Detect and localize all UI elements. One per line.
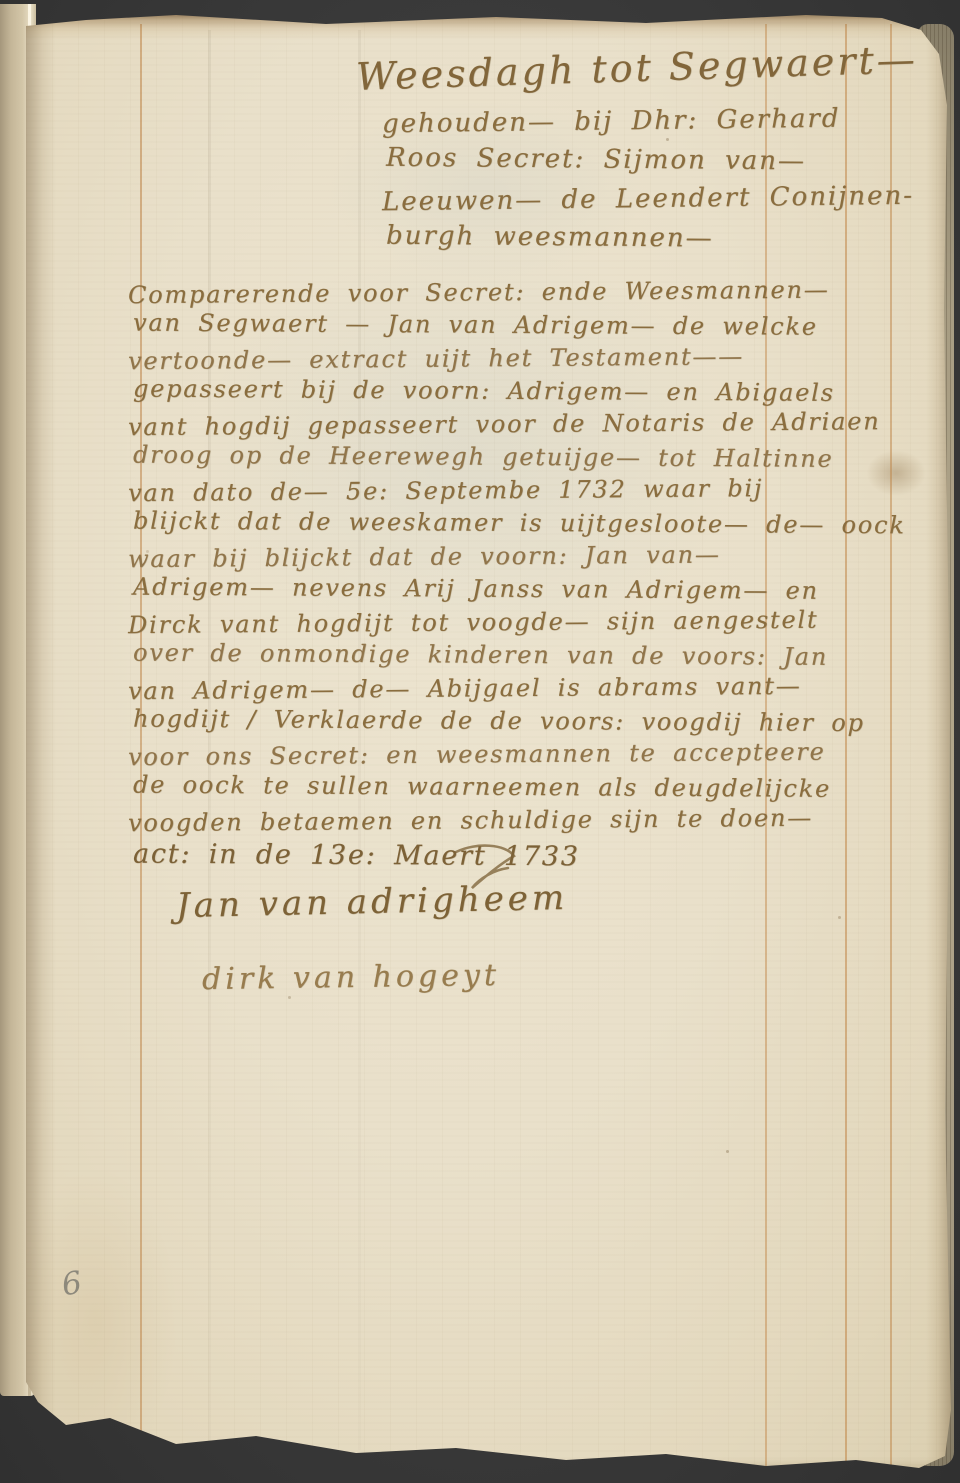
body-line: act: in de 13e: Maert 1733	[133, 838, 928, 876]
body-line: voogden betaemen en schuldige sijn te do…	[128, 801, 928, 840]
heading-title: Weesdagh tot Segwaert—	[355, 37, 918, 99]
body-text-block: Comparerende voor Secret: ende Weesmanne…	[128, 276, 928, 873]
heading-line: Leeuwen— de Leendert Conijnen-	[382, 177, 914, 222]
page-number: 6	[59, 1265, 84, 1304]
gutter-shadow	[26, 10, 56, 1480]
body-line: van Segwaert — Jan van Adrigem— de welck…	[133, 307, 928, 345]
body-line: over de onmondige kinderen van de voors:…	[133, 637, 928, 675]
heading-line: burgh weesmannen—	[386, 217, 914, 261]
body-line: Dirck vant hogdijt tot voogde— sijn aeng…	[128, 603, 928, 642]
heading-block: gehouden— bij Dhr: GerhardRoos Secret: S…	[382, 102, 914, 258]
body-line: waar bij blijckt dat de voorn: Jan van—	[128, 537, 928, 576]
body-line: Comparerende voor Secret: ende Weesmanne…	[128, 273, 928, 312]
body-line: van Adrigem— de— Abijgael is abrams vant…	[128, 669, 928, 708]
body-line: blijckt dat de weeskamer is uijtgesloote…	[133, 505, 928, 543]
scanned-book-page: Weesdagh tot Segwaert— gehouden— bij Dhr…	[0, 0, 960, 1483]
burnt-top-edge	[26, 10, 952, 40]
body-line: droog op de Heerewegh getuijge— tot Halt…	[133, 439, 928, 477]
body-line: vant hogdij gepasseert voor de Notaris d…	[128, 405, 928, 444]
heading-line: Roos Secret: Sijmon van—	[386, 139, 914, 183]
tan-discoloration	[16, 1170, 176, 1470]
signature-jan-van-adrigheem: Jan van adrigheem	[176, 878, 569, 926]
manuscript-page: Weesdagh tot Segwaert— gehouden— bij Dhr…	[26, 10, 952, 1480]
heading-line: gehouden— bij Dhr: Gerhard	[382, 99, 914, 144]
body-line: de oock te sullen waarneemen als deugdel…	[133, 769, 928, 807]
bottom-edge-shade	[26, 1458, 952, 1480]
body-line: gepasseert bij de voorn: Adrigem— en Abi…	[133, 373, 928, 411]
body-line: van dato de— 5e: Septembe 1732 waar bij	[128, 471, 928, 510]
body-line: voor ons Secret: en weesmannen te accept…	[128, 735, 928, 774]
body-line: hogdijt / Verklaerde de de voors: voogdi…	[133, 703, 928, 741]
signature-dirk-van-hogeyt: dirk van hogeyt	[202, 958, 500, 997]
body-line: vertoonde— extract uijt het Testament——	[128, 339, 928, 378]
body-line: Adrigem— nevens Arij Janss van Adrigem— …	[133, 571, 928, 609]
